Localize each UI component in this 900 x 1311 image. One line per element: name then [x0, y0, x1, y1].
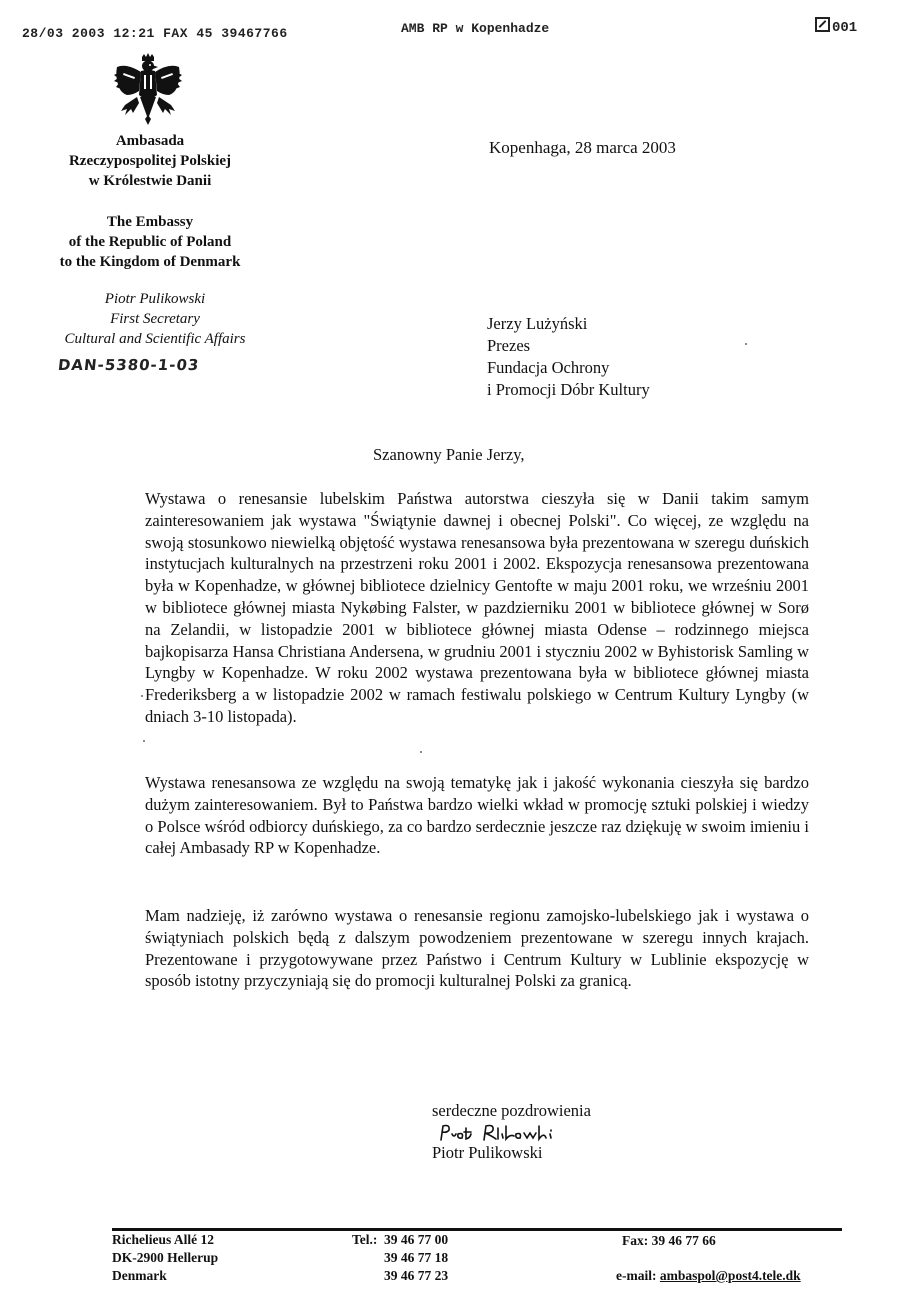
- fax-label: Fax:: [622, 1233, 648, 1248]
- embassy-name-pl-line: Rzeczypospolitej Polskiej: [30, 151, 270, 171]
- fax-sender-station: AMB RP w Kopenhadze: [401, 21, 549, 36]
- sender-department: Cultural and Scientific Affairs: [30, 329, 280, 349]
- sender-block: Piotr Pulikowski First Secretary Cultura…: [30, 289, 280, 349]
- recipient-organization: i Promocji Dóbr Kultury: [487, 379, 650, 401]
- body-paragraph: Wystawa o renesansie lubelskim Państwa a…: [145, 488, 809, 728]
- polish-eagle-emblem-icon: [113, 53, 183, 129]
- tel-number: 39 46 77 00: [384, 1232, 448, 1247]
- scan-speck: [420, 751, 422, 753]
- scan-speck: [745, 343, 747, 345]
- sender-title: First Secretary: [30, 309, 280, 329]
- fax-page-indicator: 001: [815, 17, 857, 36]
- embassy-name-polish: Ambasada Rzeczypospolitej Polskiej w Kró…: [30, 131, 270, 191]
- date-line: Kopenhaga, 28 marca 2003: [489, 138, 676, 158]
- email-link[interactable]: ambaspol@post4.tele.dk: [660, 1268, 801, 1283]
- email-label: e-mail:: [616, 1268, 656, 1283]
- footer-email: e-mail: ambaspol@post4.tele.dk: [616, 1267, 801, 1285]
- embassy-name-english: The Embassy of the Republic of Poland to…: [30, 212, 270, 272]
- embassy-name-en-line: to the Kingdom of Denmark: [30, 252, 270, 272]
- embassy-name-pl-line: w Królestwie Danii: [30, 171, 270, 191]
- salutation: Szanowny Panie Jerzy,: [373, 445, 525, 465]
- recipient-position: Prezes: [487, 335, 650, 357]
- tel-number: 39 46 77 18: [384, 1250, 448, 1265]
- fax-number: 39 46 77 66: [652, 1233, 716, 1248]
- closing-greeting: serdeczne pozdrowienia: [432, 1100, 591, 1122]
- body-paragraph: Mam nadzieję, iż zarówno wystawa o renes…: [145, 905, 809, 992]
- address-line: DK-2900 Hellerup: [112, 1249, 218, 1267]
- fax-page-number: 001: [832, 20, 857, 36]
- scan-speck: [143, 740, 145, 742]
- body-paragraph: Wystawa renesansowa ze względu na swoją …: [145, 772, 809, 859]
- fax-transmission-info: 28/03 2003 12:21 FAX 45 39467766: [22, 26, 288, 41]
- embassy-name-en-line: The Embassy: [30, 212, 270, 232]
- address-line: Richelieus Allé 12: [112, 1231, 218, 1249]
- recipient-block: Jerzy Lużyński Prezes Fundacja Ochrony i…: [487, 313, 650, 401]
- recipient-organization: Fundacja Ochrony: [487, 357, 650, 379]
- scan-speck: [141, 695, 143, 697]
- sender-name: Piotr Pulikowski: [30, 289, 280, 309]
- signer-name: Piotr Pulikowski: [432, 1143, 542, 1163]
- tel-number: 39 46 77 23: [384, 1268, 448, 1283]
- embassy-name-en-line: of the Republic of Poland: [30, 232, 270, 252]
- footer-telephone: Tel.:39 46 77 00 39 46 77 18 39 46 77 23: [352, 1231, 448, 1285]
- handwritten-signature-icon: [438, 1122, 568, 1144]
- footer-divider: [112, 1228, 842, 1231]
- footer-address: Richelieus Allé 12 DK-2900 Hellerup Denm…: [112, 1231, 218, 1285]
- reference-number: DAN-5380-1-03: [57, 356, 200, 374]
- address-line: Denmark: [112, 1267, 218, 1285]
- embassy-name-pl-line: Ambasada: [30, 131, 270, 151]
- tel-label: Tel.:: [352, 1231, 384, 1249]
- footer-fax: Fax: 39 46 77 66: [622, 1232, 716, 1250]
- recipient-name: Jerzy Lużyński: [487, 313, 650, 335]
- fax-page-icon: [815, 17, 830, 32]
